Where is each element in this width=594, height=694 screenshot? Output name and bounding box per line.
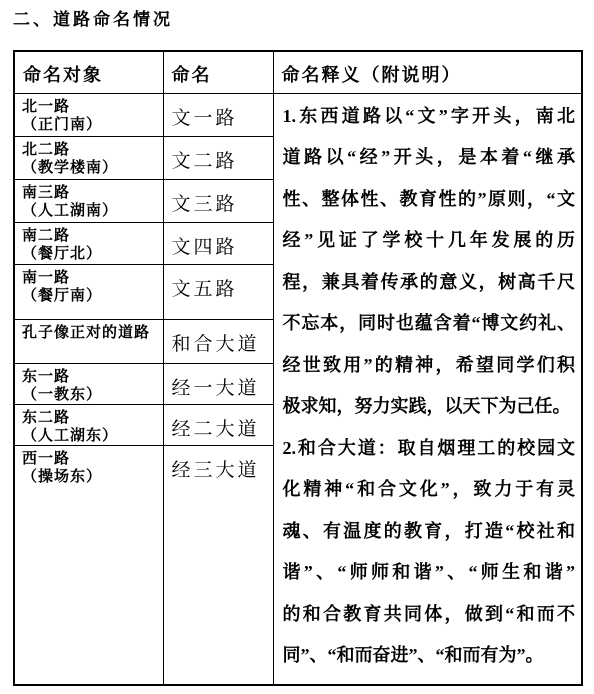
table-row: 北一路 （正门南） 文一路 1.东西道路以“文”字开头，南北 道路以“经”开头，… xyxy=(14,93,582,136)
explanation-line: 程，兼具着传承的意义，树高千尺 xyxy=(283,262,576,304)
object-name: 西一路 xyxy=(22,450,161,468)
header-name: 命名 xyxy=(163,51,273,93)
object-note: （人工湖东） xyxy=(22,427,161,445)
object-note: （正门南） xyxy=(22,116,161,134)
name-cell: 文五路 xyxy=(163,264,273,319)
object-name: 东二路 xyxy=(22,409,161,427)
object-cell: 东二路 （人工湖东） xyxy=(14,404,163,445)
name-cell: 经三大道 xyxy=(163,445,273,685)
explanation-line: 谐”、“师师和谐”、“师生和谐” xyxy=(283,552,576,594)
object-cell: 南三路 （人工湖南） xyxy=(14,179,163,222)
road-naming-table-wrapper: 命名对象 命名 命名释义（附说明） 北一路 （正门南） 文一路 1.东西道路以“… xyxy=(13,50,583,686)
name-cell: 文一路 xyxy=(163,93,273,136)
explanation-line: 同”、“和而奋进”、“和而有为”。 xyxy=(283,635,576,677)
name-cell: 经一大道 xyxy=(163,363,273,404)
explanation-line: 经”见证了学校十几年发展的历 xyxy=(283,220,576,262)
meaning-cell: 1.东西道路以“文”字开头，南北 道路以“经”开头，是本着“继承 性、整体性、教… xyxy=(273,93,582,685)
object-cell: 北一路 （正门南） xyxy=(14,93,163,136)
name-cell: 文四路 xyxy=(163,222,273,264)
object-note: （操场东） xyxy=(22,468,161,486)
road-table-body: 命名对象 命名 命名释义（附说明） 北一路 （正门南） 文一路 1.东西道路以“… xyxy=(14,51,582,685)
object-name: 东一路 xyxy=(22,368,161,386)
object-note: （餐厅北） xyxy=(22,245,161,263)
explanation-line: 经世致用”的精神，希望同学们积 xyxy=(283,345,576,387)
explanation-line: 不忘本，同时也蕴含着“博文约礼、 xyxy=(283,303,576,345)
page-title: 二、道路命名情况 xyxy=(13,5,173,30)
object-cell: 南二路 （餐厅北） xyxy=(14,222,163,264)
header-object: 命名对象 xyxy=(14,51,163,93)
explanation-line: 化精神“和合文化”，致力于有灵 xyxy=(283,469,576,511)
object-cell: 东一路 （一教东） xyxy=(14,363,163,404)
explanation-line: 道路以“经”开头，是本着“继承 xyxy=(283,137,576,179)
object-cell: 孔子像正对的道路 xyxy=(14,319,163,363)
road-naming-table: 命名对象 命名 命名释义（附说明） 北一路 （正门南） 文一路 1.东西道路以“… xyxy=(13,50,583,686)
explanation-line: 魂、有温度的教育，打造“校社和 xyxy=(283,511,576,553)
object-name: 南三路 xyxy=(22,184,161,202)
object-note: （人工湖南） xyxy=(22,202,161,220)
explanation-line: 极求知，努力实践，以天下为己任。 xyxy=(283,386,576,428)
object-cell: 南一路 （餐厅南） xyxy=(14,264,163,319)
header-meaning: 命名释义（附说明） xyxy=(273,51,582,93)
object-cell: 西一路 （操场东） xyxy=(14,445,163,685)
explanation-line: 1.东西道路以“文”字开头，南北 xyxy=(283,96,576,138)
name-cell: 和合大道 xyxy=(163,319,273,363)
explanation-line: 性、整体性、教育性的”原则，“文 xyxy=(283,179,576,221)
object-name: 北一路 xyxy=(22,98,161,116)
object-note: （一教东） xyxy=(22,386,161,404)
object-note: （餐厅南） xyxy=(22,287,161,305)
object-name: 孔子像正对的道路 xyxy=(22,324,161,342)
name-cell: 经二大道 xyxy=(163,404,273,445)
explanation-line: 2.和合大道：取自烟理工的校园文 xyxy=(283,428,576,470)
object-name: 南二路 xyxy=(22,227,161,245)
object-name: 北二路 xyxy=(22,141,161,159)
name-cell: 文三路 xyxy=(163,179,273,222)
explanation-line: 的和合教育共同体，做到“和而不 xyxy=(283,594,576,636)
object-cell: 北二路 （教学楼南） xyxy=(14,136,163,179)
object-name: 南一路 xyxy=(22,269,161,287)
name-cell: 文二路 xyxy=(163,136,273,179)
object-note: （教学楼南） xyxy=(22,159,161,177)
header-row: 命名对象 命名 命名释义（附说明） xyxy=(14,51,582,93)
